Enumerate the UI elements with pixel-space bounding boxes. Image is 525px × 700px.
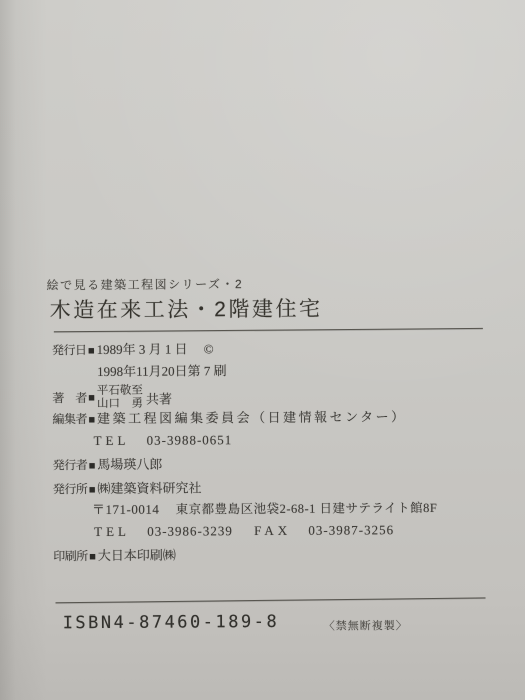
page-content: 絵で見る建築工程図シリーズ・2 木造在来工法・2階建住宅 発行日 ■ 1989年… bbox=[0, 0, 525, 700]
fax-label: FAX bbox=[254, 523, 291, 538]
author-names: 平石敬至 山口 勇 bbox=[97, 385, 143, 410]
editor-label: 編集者 bbox=[52, 412, 88, 426]
tel-label: TEL bbox=[94, 524, 130, 539]
tel-label: TEL bbox=[94, 433, 130, 448]
editor-tel-number: 03-3988-0651 bbox=[147, 432, 233, 448]
publisher-office-row: 発行所 ■ ㈱建築資料研究社 bbox=[53, 481, 202, 497]
issue-date-row: 発行日 ■ 1989年 3 月 1 日 © bbox=[52, 342, 214, 358]
author-name-1: 平石敬至 bbox=[97, 385, 143, 398]
authors-label: 著 者 bbox=[52, 391, 88, 405]
publisher-office-name: ㈱建築資料研究社 bbox=[97, 481, 201, 496]
reprint-date: 1998年11月20日第 7 刷 bbox=[97, 364, 227, 379]
isbn-number: ISBN4-87460-189-8 bbox=[63, 612, 280, 633]
publisher-address: 東京都豊島区池袋2-68-1 日建サテライト館8F bbox=[176, 501, 438, 517]
publisher-office-label: 発行所 bbox=[53, 482, 89, 496]
copyright-symbol: © bbox=[204, 342, 214, 356]
first-edition-date: 1989年 3 月 1 日 bbox=[97, 342, 188, 357]
editor-name: 建築工程図編集委員会（日建情報センター） bbox=[97, 410, 407, 426]
editor-tel-line: TEL 03-3988-0651 bbox=[94, 433, 233, 448]
square-marker-icon: ■ bbox=[88, 344, 95, 358]
printer-name: 大日本印刷㈱ bbox=[98, 549, 176, 563]
printer-label: 印刷所 bbox=[53, 549, 89, 563]
authors-row: 著 者 ■ 平石敬至 山口 勇 共著 bbox=[52, 385, 172, 411]
issue-date-label: 発行日 bbox=[52, 343, 88, 357]
divider-top bbox=[54, 328, 483, 332]
publisher-fax-number: 03-3987-3256 bbox=[308, 522, 394, 538]
publisher-tel-number: 03-3986-3239 bbox=[147, 523, 233, 539]
editor-row: 編集者 ■ 建築工程図編集委員会（日建情報センター） bbox=[52, 410, 406, 427]
publisher-person-row: 発行者 ■ 馬場瑛八郎 bbox=[53, 458, 163, 474]
book-colophon-page: 絵で見る建築工程図シリーズ・2 木造在来工法・2階建住宅 発行日 ■ 1989年… bbox=[0, 0, 525, 700]
square-marker-icon: ■ bbox=[88, 391, 95, 405]
publisher-person-name: 馬場瑛八郎 bbox=[97, 458, 162, 472]
divider-bottom bbox=[56, 597, 486, 603]
square-marker-icon: ■ bbox=[89, 550, 96, 564]
publisher-person-label: 発行者 bbox=[53, 458, 89, 472]
publisher-address-line: 〒171-0014 東京都豊島区池袋2-68-1 日建サテライト館8F bbox=[92, 501, 437, 517]
joint-authorship-suffix: 共著 bbox=[146, 388, 172, 407]
author-name-2: 山口 勇 bbox=[97, 397, 143, 410]
square-marker-icon: ■ bbox=[89, 459, 96, 473]
publisher-tel-fax-line: TEL 03-3986-3239 FAX 03-3987-3256 bbox=[94, 523, 394, 539]
square-marker-icon: ■ bbox=[88, 413, 95, 427]
book-title: 木造在来工法・2階建住宅 bbox=[50, 293, 323, 325]
postal-code: 〒171-0014 bbox=[92, 502, 159, 517]
series-label: 絵で見る建築工程図シリーズ・2 bbox=[47, 275, 244, 293]
printer-row: 印刷所 ■ 大日本印刷㈱ bbox=[53, 549, 176, 565]
square-marker-icon: ■ bbox=[89, 483, 96, 497]
no-reproduction-notice: 〈禁無断複製〉 bbox=[324, 617, 408, 634]
